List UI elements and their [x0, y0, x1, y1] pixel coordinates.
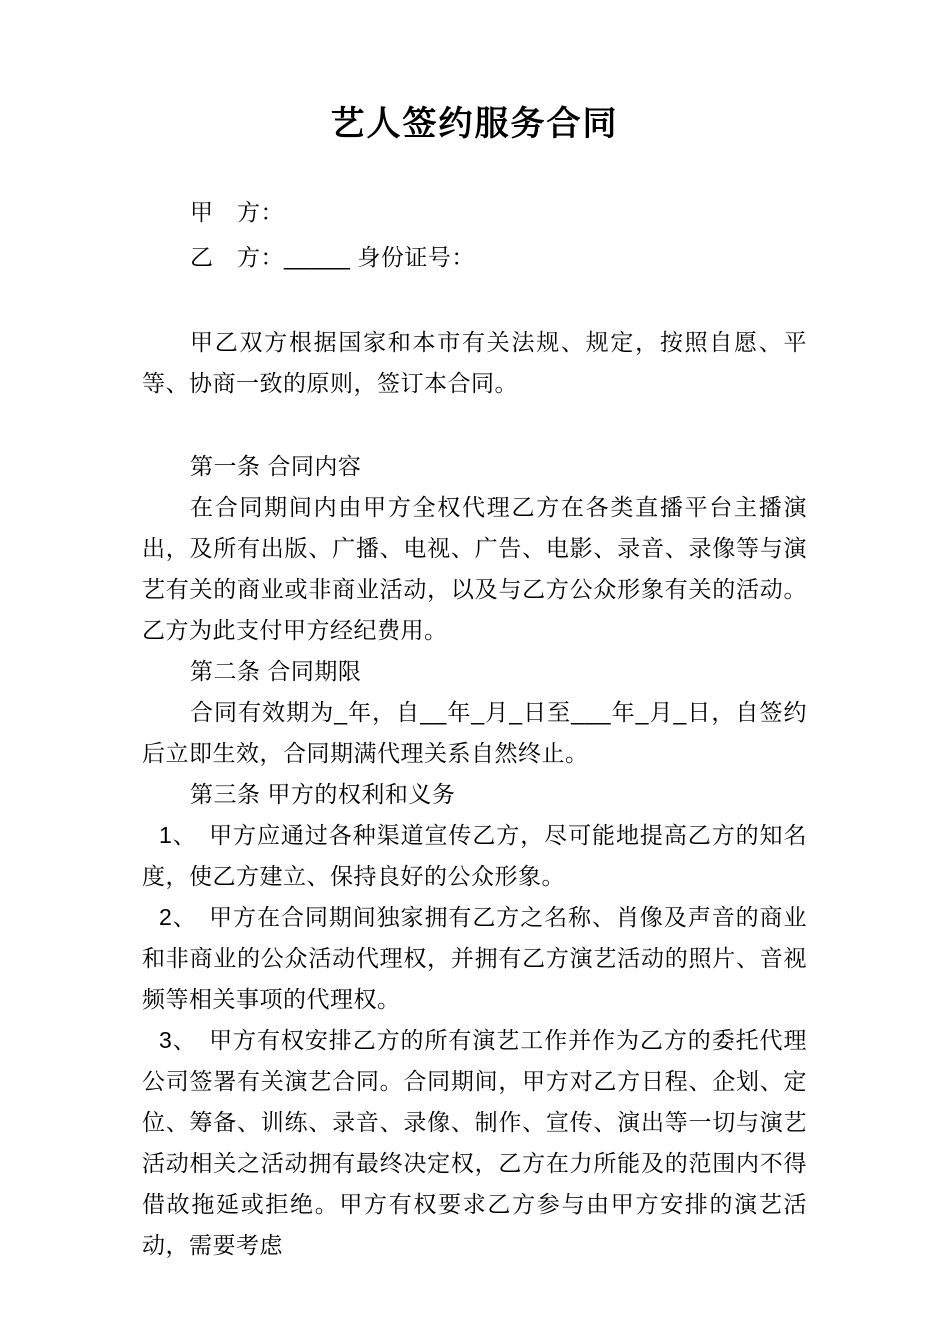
blank-line-spacer — [142, 280, 807, 322]
blank-line-spacer — [142, 404, 807, 446]
contract-paragraph: 合同有效期为_年，自__年_月_日至___年_月_日，自签约后立即生效，合同期满… — [142, 692, 807, 774]
contract-paragraph: 第三条 甲方的权利和义务 — [142, 774, 807, 815]
contract-list-item: 1、 甲方应通过各种渠道宣传乙方，尽可能地提高乙方的知名度，使乙方建立、保持良好… — [142, 815, 807, 897]
contract-paragraph: 第一条 合同内容 — [142, 446, 807, 487]
party-line: 乙 方：_____ 身份证号： — [142, 235, 807, 280]
contract-paragraph: 第二条 合同期限 — [142, 651, 807, 692]
blank-line-spacer — [142, 148, 807, 190]
party-line: 甲 方： — [142, 190, 807, 235]
contract-list-item: 2、 甲方在合同期间独家拥有乙方之名称、肖像及声音的商业和非商业的公众活动代理权… — [142, 897, 807, 1020]
document-title: 艺人签约服务合同 — [142, 100, 807, 148]
contract-list-item: 3、 甲方有权安排乙方的所有演艺工作并作为乙方的委托代理公司签署有关演艺合同。合… — [142, 1020, 807, 1266]
contract-document-page: 艺人签约服务合同甲 方：乙 方：_____ 身份证号：甲乙双方根据国家和本市有关… — [0, 0, 950, 1344]
document-body: 艺人签约服务合同甲 方：乙 方：_____ 身份证号：甲乙双方根据国家和本市有关… — [142, 100, 807, 1266]
contract-paragraph: 甲乙双方根据国家和本市有关法规、规定，按照自愿、平等、协商一致的原则，签订本合同… — [142, 322, 807, 404]
contract-paragraph: 在合同期间内由甲方全权代理乙方在各类直播平台主播演出，及所有出版、广播、电视、广… — [142, 487, 807, 651]
